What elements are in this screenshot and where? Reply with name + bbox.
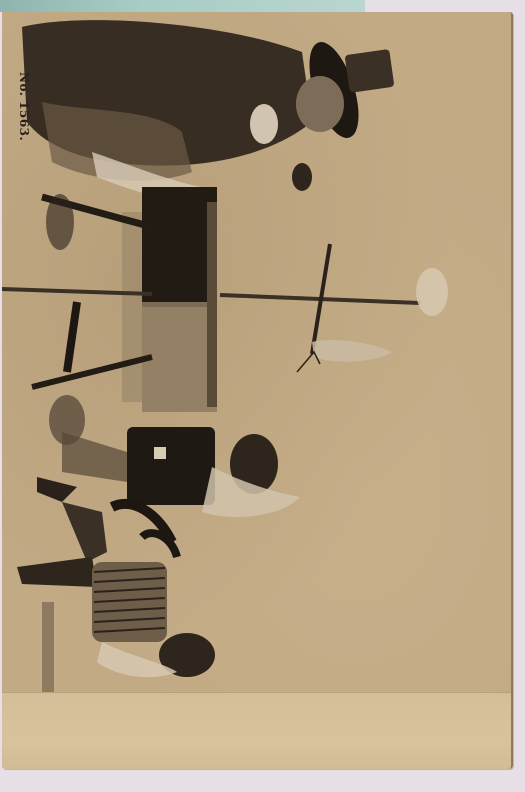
postcard-bottom-margin	[2, 692, 511, 769]
postcard-print-area: No. 1563.	[2, 12, 511, 692]
table-with-cloth	[2, 187, 217, 445]
postcard-scene-illustration	[2, 12, 511, 692]
cat-in-top-hat-figure	[22, 20, 394, 202]
cat-in-striped-trousers-figure	[17, 502, 215, 692]
teal-strip	[0, 0, 365, 12]
photo-stage: No. 1563.	[0, 0, 525, 792]
postcard: No. 1563.	[2, 12, 513, 769]
postcard-number-caption: No. 1563.	[17, 72, 31, 112]
cross-stand	[220, 244, 448, 372]
